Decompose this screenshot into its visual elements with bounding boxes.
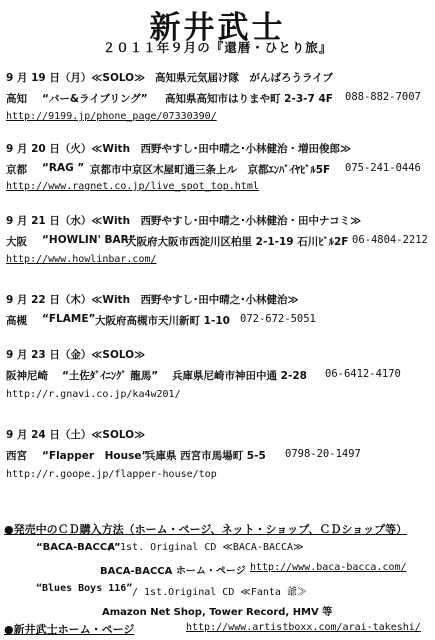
event-4-address: 大阪府高槻市天川新町 1-10	[95, 313, 230, 328]
page-subtitle: ２０１１年９月の『還暦・ひとり旅』	[0, 38, 435, 56]
event-1-note: 高知県元気届け隊 がんばろうライブ	[155, 70, 333, 85]
event-5-venue: “土佐ﾀﾞｲﾆﾝｸﾞ 龍馬”	[62, 368, 158, 383]
event-2-address: 京都市中京区木屋町通三条上ル 京都ｴﾝﾊﾞｲﾔﾋﾞﾙ5F	[90, 162, 330, 177]
event-3-address: 大阪府大阪市西淀川区柏里 2-1-19 石川ﾋﾞﾙ2F	[126, 234, 348, 249]
event-1-date: 9 月 19 日（月）≪SOLO≫	[6, 70, 145, 85]
event-6-date: 9 月 24 日（土）≪SOLO≫	[6, 427, 145, 442]
event-3-venue: “HOWLIN' BAR”	[42, 234, 136, 246]
event-2-url[interactable]: http://www.ragnet.co.jp/live_spot_top.ht…	[6, 181, 259, 192]
event-1-address: 高知県高知市はりまや町 2-3-7 4F	[165, 91, 333, 106]
event-5-address: 兵庫県尼崎市神田中通 2-28	[172, 368, 307, 383]
event-4-venue: “FLAME”	[42, 313, 95, 325]
event-2-city: 京都	[6, 162, 27, 177]
event-6-address: 兵庫県 西宮市馬場町 5-5	[145, 448, 266, 463]
event-3-date: 9 月 21 日（水）≪With 西野やすし･田中晴之･小林健治・田中ナコミ≫	[6, 213, 361, 228]
event-1-phone: 088-882-7007	[345, 91, 421, 103]
purchase-item-1-release: / 1st. Original CD ≪BACA-BACCA≫	[108, 542, 304, 553]
event-4-date: 9 月 22 日（木）≪With 西野やすし･田中晴之･小林健治≫	[6, 292, 299, 307]
event-6-phone: 0798-20-1497	[285, 448, 361, 460]
event-6-venue: “Flapper House”	[42, 448, 148, 463]
homepage-label: ●新井武士ホーム・ページ	[4, 621, 134, 637]
event-4-phone: 072-672-5051	[240, 313, 316, 325]
event-2-phone: 075-241-0446	[345, 162, 421, 174]
purchase-heading: ●発売中のＣＤ購入方法（ホーム・ページ、ネット・ショップ、ＣＤショップ等）	[4, 521, 407, 537]
event-5-url[interactable]: http://r.gnavi.co.jp/ka4w201/	[6, 389, 181, 400]
purchase-item-2-where: Amazon Net Shop, Tower Record, HMV 等	[102, 603, 332, 618]
event-2-venue: “RAG ”	[42, 162, 84, 174]
purchase-item-2-release: / 1st.Original CD ≪Fanta 爺≫	[132, 583, 307, 598]
event-3-city: 大阪	[6, 234, 27, 249]
event-4-city: 高槻	[6, 313, 27, 328]
event-5-date: 9 月 23 日（金）≪SOLO≫	[6, 347, 145, 362]
event-1-url[interactable]: http://9199.jp/phone_page/07330390/	[6, 111, 217, 122]
event-1-city: 高知	[6, 91, 27, 106]
event-2-date: 9 月 20 日（火）≪With 西野やすし･田中晴之･小林健治・増田俊郎≫	[6, 141, 351, 156]
event-5-phone: 06-6412-4170	[325, 368, 401, 380]
purchase-item-1-where-label: BACA-BACCA ホーム・ページ	[100, 562, 246, 577]
event-1-venue: “バー&ライブリング”	[42, 91, 148, 106]
event-6-url[interactable]: http://r.goope.jp/flapper-house/top	[6, 469, 217, 480]
event-6-city: 西宮	[6, 448, 27, 463]
purchase-item-2-artist: “Blues Boys 116”	[36, 583, 132, 594]
event-5-city: 阪神尼崎	[6, 368, 48, 383]
event-3-phone: 06-4804-2212	[352, 234, 428, 246]
event-3-url[interactable]: http://www.howlinbar.com/	[6, 254, 157, 265]
purchase-item-1-url[interactable]: http://www.baca-bacca.com/	[250, 562, 407, 573]
homepage-url[interactable]: http://www.artistboxx.com/arai-takeshi/	[186, 622, 421, 633]
